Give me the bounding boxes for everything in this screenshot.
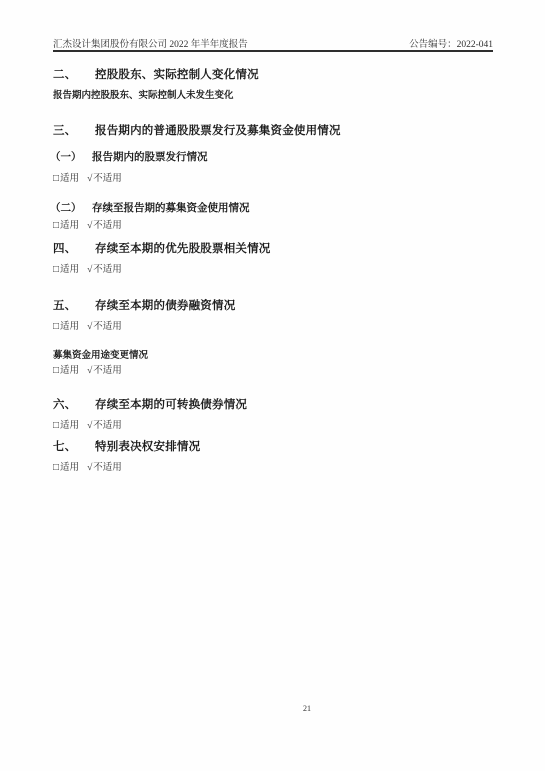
checkbox-unchecked-icon: □ [53,321,59,332]
page-number: 21 [303,704,311,713]
check-icon: √ [87,322,92,332]
checkbox-unchecked-icon: □ [53,173,59,184]
section-number: 五、 [53,297,95,313]
not-applicable-label: 不适用 [93,417,122,431]
section-number: 三、 [53,122,95,138]
section-number: 七、 [53,438,95,454]
not-applicable-label: 不适用 [93,261,122,275]
not-applicable-label: 不适用 [93,362,122,376]
not-applicable-label: 不适用 [93,217,122,231]
section-heading-7: 七、 特别表决权安排情况 [53,438,200,454]
applicable-label: 适用 [60,318,79,332]
applicability-row: □适用 √不适用 [53,318,122,332]
check-icon: √ [87,221,92,231]
checkbox-unchecked-icon: □ [53,365,59,376]
section-title: 控股股东、实际控制人变化情况 [95,66,259,82]
section-title: 特别表决权安排情况 [95,438,200,454]
subsection-title: 存续至报告期的募集资金使用情况 [92,200,250,215]
check-icon: √ [87,265,92,275]
applicability-row: □适用 √不适用 [53,417,122,431]
document-title: 汇杰设计集团股份有限公司 2022 年半年度报告 [53,36,248,50]
section-title: 报告期内的普通股股票发行及募集资金使用情况 [95,122,341,138]
applicable-label: 适用 [60,417,79,431]
section-number: 四、 [53,240,95,256]
section-heading-6: 六、 存续至本期的可转换债券情况 [53,396,247,412]
section-heading-4: 四、 存续至本期的优先股股票相关情况 [53,240,271,256]
section-title: 存续至本期的可转换债券情况 [95,396,247,412]
subsection-heading-2: （二） 存续至报告期的募集资金使用情况 [50,200,250,215]
report-page: 汇杰设计集团股份有限公司 2022 年半年度报告 公告编号：2022-041 二… [0,0,545,771]
subsection-number: （一） [50,149,92,164]
applicability-row: □适用 √不适用 [53,362,122,376]
section-number: 六、 [53,396,95,412]
section-title: 存续至本期的债券融资情况 [95,297,235,313]
checkbox-unchecked-icon: □ [53,462,59,473]
page-header: 汇杰设计集团股份有限公司 2022 年半年度报告 公告编号：2022-041 [53,36,493,50]
fund-usage-change-heading: 募集资金用途变更情况 [53,347,148,361]
announcement-number: 公告编号：2022-041 [409,36,493,50]
applicable-label: 适用 [60,459,79,473]
check-icon: √ [87,421,92,431]
not-applicable-label: 不适用 [93,459,122,473]
applicability-row: □适用 √不适用 [53,261,122,275]
section-heading-2: 二、 控股股东、实际控制人变化情况 [53,66,259,82]
not-applicable-label: 不适用 [93,170,122,184]
subsection-title: 报告期内的股票发行情况 [92,149,208,164]
check-icon: √ [87,174,92,184]
section-heading-5: 五、 存续至本期的债券融资情况 [53,297,235,313]
subsection-heading-1: （一） 报告期内的股票发行情况 [50,149,208,164]
section-title: 存续至本期的优先股股票相关情况 [95,240,271,256]
applicability-row: □适用 √不适用 [53,217,122,231]
statement-paragraph: 报告期内控股股东、实际控制人未发生变化 [53,87,234,101]
header-rule [53,50,493,52]
checkbox-unchecked-icon: □ [53,264,59,275]
section-heading-3: 三、 报告期内的普通股股票发行及募集资金使用情况 [53,122,341,138]
checkbox-unchecked-icon: □ [53,420,59,431]
checkbox-unchecked-icon: □ [53,220,59,231]
check-icon: √ [87,463,92,473]
applicable-label: 适用 [60,362,79,376]
not-applicable-label: 不适用 [93,318,122,332]
applicability-row: □适用 √不适用 [53,459,122,473]
applicable-label: 适用 [60,217,79,231]
section-number: 二、 [53,66,95,82]
check-icon: √ [87,366,92,376]
applicability-row: □适用 √不适用 [53,170,122,184]
subsection-number: （二） [50,200,92,215]
applicable-label: 适用 [60,261,79,275]
applicable-label: 适用 [60,170,79,184]
